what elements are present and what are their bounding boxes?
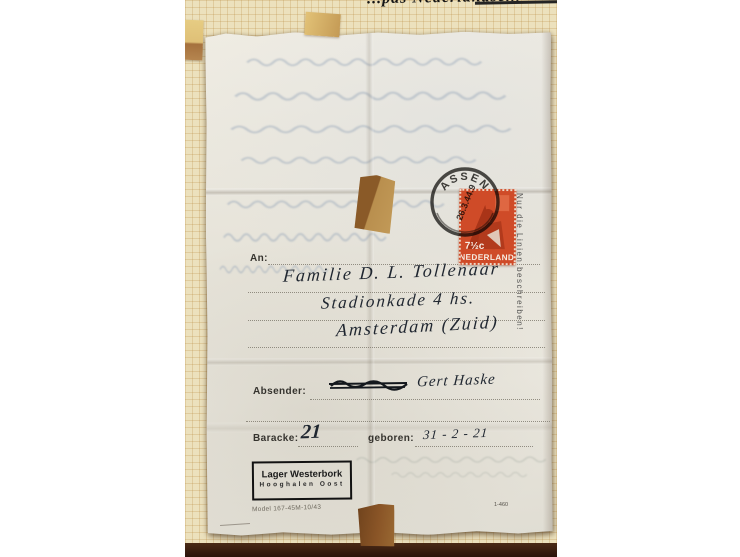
form-rule <box>298 446 358 447</box>
tape-left-edge <box>185 20 204 61</box>
margin-instruction: Nur die Linien beschreiben! <box>515 193 524 363</box>
tape-middle <box>354 174 396 234</box>
absender-label: Absender: <box>253 386 306 397</box>
form-rule <box>248 347 545 348</box>
absender-value: Gert Haske <box>416 372 496 392</box>
letter-sheet <box>205 31 553 535</box>
fold-crease <box>206 357 552 365</box>
svg-text:26.3.44.9: 26.3.44.9 <box>454 183 477 222</box>
camp-stamp-line1: Lager Westerbork <box>254 468 350 480</box>
show-through-handwriting <box>205 31 553 535</box>
tape-top <box>304 12 341 37</box>
tape-bottom <box>356 503 395 547</box>
form-rule <box>415 446 533 447</box>
photograph-scan: ...pas Nederlandse... <box>0 0 740 557</box>
postmark: ASSEN 26.3.44.9 <box>423 161 507 245</box>
camp-stamp-box: Lager Westerbork Hooghalen Oost <box>252 460 352 500</box>
camp-stamp-line2: Hooghalen Oost <box>254 480 350 488</box>
form-rule <box>246 421 550 422</box>
geboren-value: 31 - 2 - 21 <box>422 425 488 443</box>
fold-crease <box>206 421 552 432</box>
geboren-label: geboren: <box>368 433 414 444</box>
baracke-value: 21 <box>300 421 322 445</box>
letter-sheet-wrap <box>206 32 552 535</box>
an-label: An: <box>250 253 268 264</box>
crossed-out-text <box>327 374 412 394</box>
print-code: 1-460 <box>494 502 508 508</box>
album-photo: ...pas Nederlandse... <box>185 0 557 557</box>
form-rule <box>310 399 540 400</box>
baracke-label: Baracke: <box>253 433 298 444</box>
